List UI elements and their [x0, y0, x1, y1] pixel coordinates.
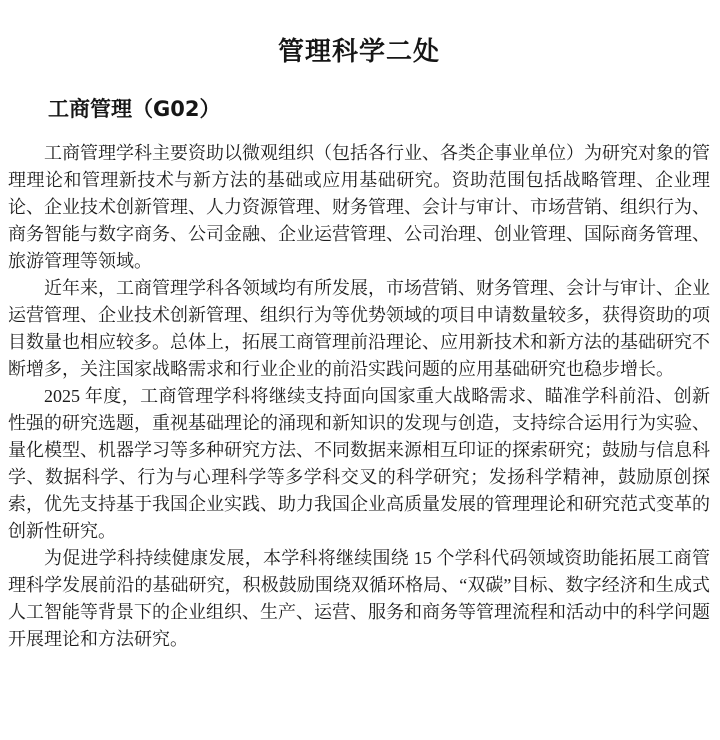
document-title: 管理科学二处 — [8, 36, 710, 68]
paragraph: 近年来，工商管理学科各领域均有所发展，市场营销、财务管理、会计与审计、企业运营管… — [8, 275, 710, 383]
paragraph: 工商管理学科主要资助以微观组织（包括各行业、各类企事业单位）为研究对象的管理理论… — [8, 140, 710, 275]
document-page: 管理科学二处 工商管理（G02） 工商管理学科主要资助以微观组织（包括各行业、各… — [0, 0, 720, 740]
section-heading: 工商管理（G02） — [48, 96, 710, 122]
paragraph: 2025 年度，工商管理学科将继续支持面向国家重大战略需求、瞄准学科前沿、创新性… — [8, 383, 710, 545]
document-body: 工商管理学科主要资助以微观组织（包括各行业、各类企事业单位）为研究对象的管理理论… — [8, 140, 710, 653]
paragraph: 为促进学科持续健康发展，本学科将继续围绕 15 个学科代码领域资助能拓展工商管理… — [8, 545, 710, 653]
